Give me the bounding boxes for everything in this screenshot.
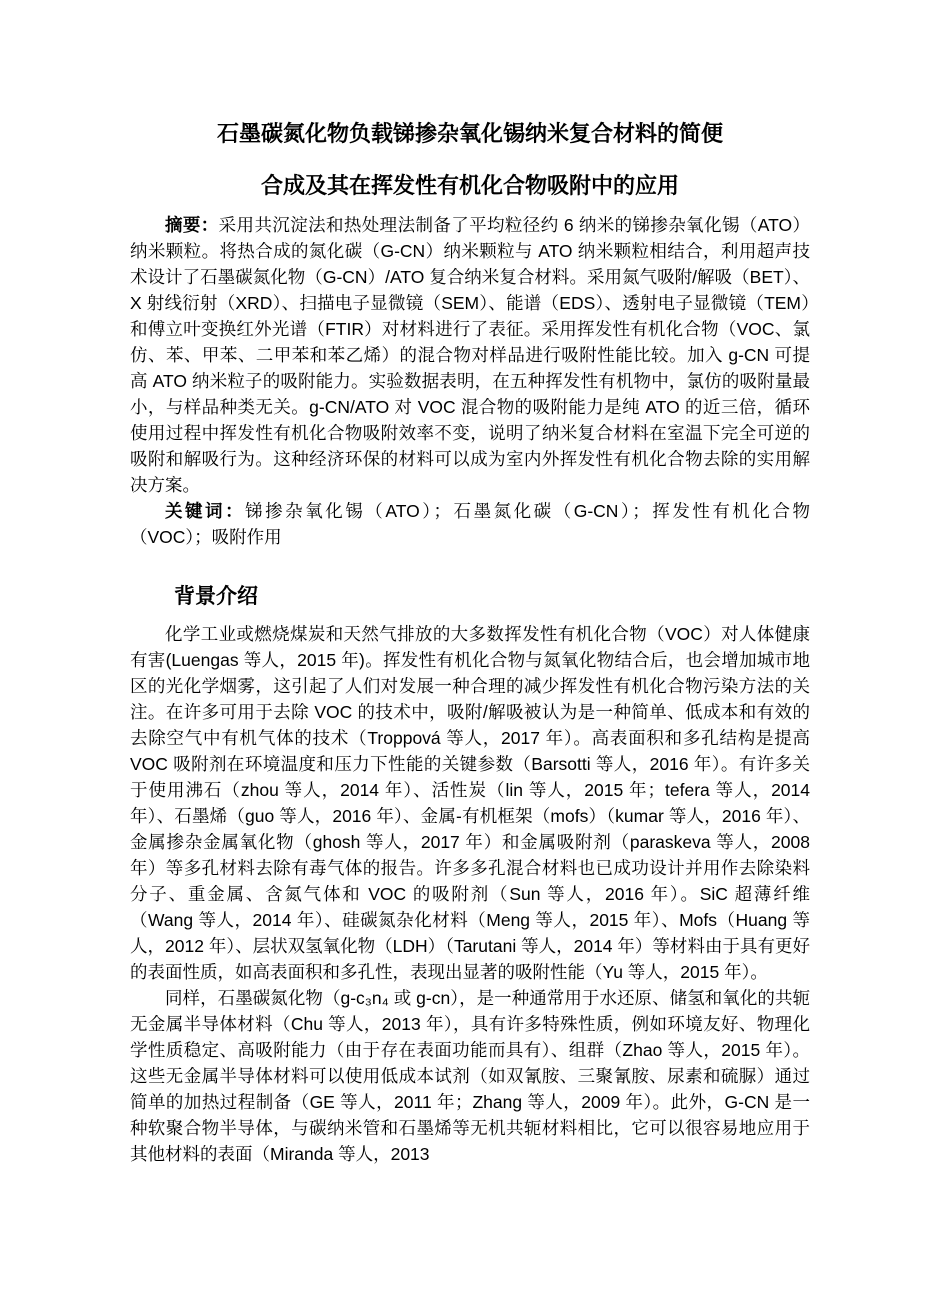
keywords-paragraph: 关键词：锑掺杂氧化锡（ATO）；石墨氮化碳（G-CN）；挥发性有机化合物（VOC… xyxy=(130,498,810,550)
background-paragraph-2: 同样，石墨碳氮化物（g-c₃n₄ 或 g-cn），是一种通常用于水还原、储氢和氧… xyxy=(130,985,810,1167)
abstract-text: 采用共沉淀法和热处理法制备了平均粒径约 6 纳米的锑掺杂氧化锡（ATO）纳米颗粒… xyxy=(130,215,810,495)
background-paragraph-1: 化学工业或燃烧煤炭和天然气排放的大多数挥发性有机化合物（VOC）对人体健康有害(… xyxy=(130,621,810,985)
paper-title-line-2: 合成及其在挥发性有机化合物吸附中的应用 xyxy=(130,160,810,212)
paper-title-line-1: 石墨碳氮化物负载锑掺杂氧化锡纳米复合材料的简便 xyxy=(130,108,810,160)
document-page: 石墨碳氮化物负载锑掺杂氧化锡纳米复合材料的简便 合成及其在挥发性有机化合物吸附中… xyxy=(0,0,926,1309)
abstract-label: 摘要： xyxy=(165,215,219,235)
paper-title: 石墨碳氮化物负载锑掺杂氧化锡纳米复合材料的简便 合成及其在挥发性有机化合物吸附中… xyxy=(130,108,810,212)
section-heading-background: 背景介绍 xyxy=(174,582,810,612)
keywords-label: 关键词： xyxy=(165,501,245,521)
abstract-paragraph: 摘要：采用共沉淀法和热处理法制备了平均粒径约 6 纳米的锑掺杂氧化锡（ATO）纳… xyxy=(130,212,810,498)
